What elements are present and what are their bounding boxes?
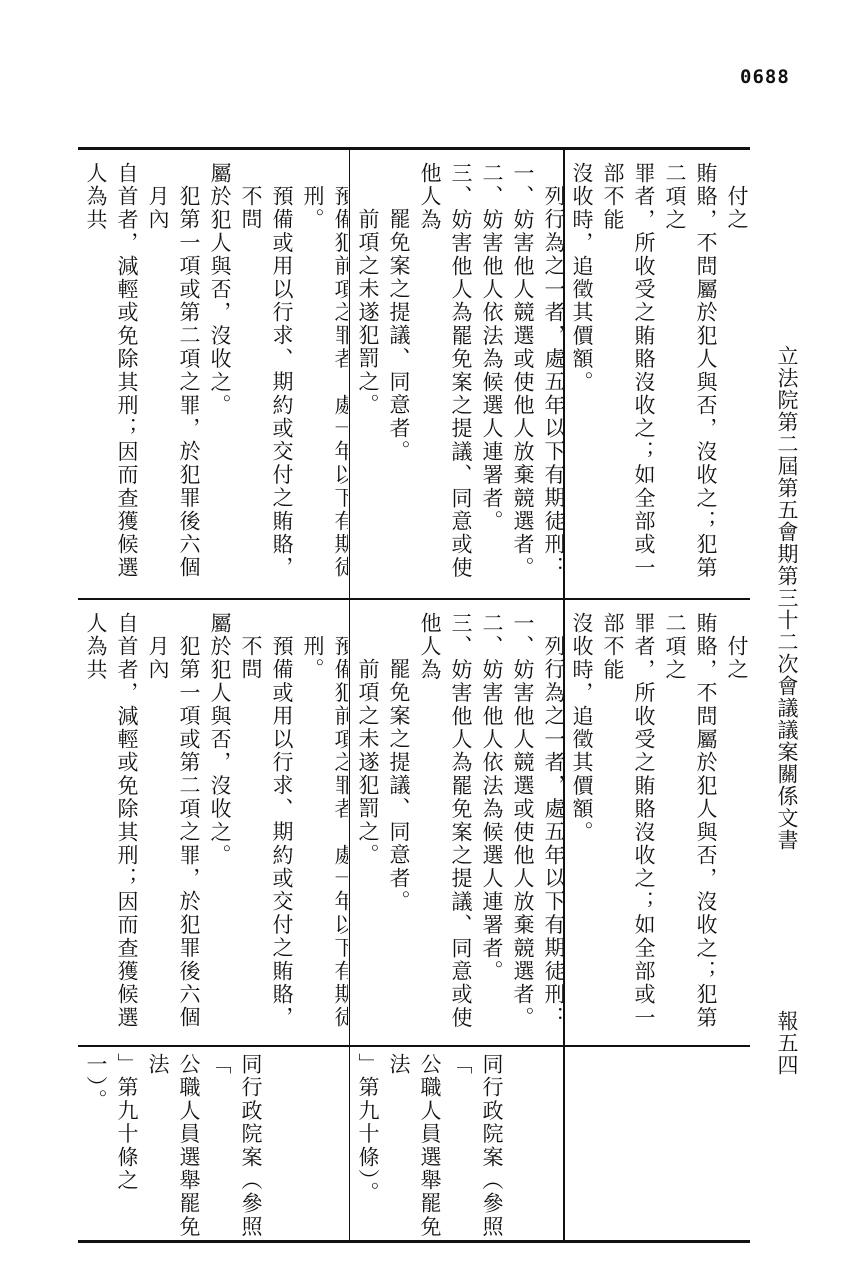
text-line: 列行為之一者，處五年以下有期徒刑： <box>538 162 563 598</box>
text-block: 第七十九條 以強暴、脅迫或其他非法之方法為左列行為之一者，處五年以下有期徒刑：一… <box>352 600 563 1045</box>
cell-row3-right <box>566 1047 750 1240</box>
text-line: 一、妨害他人競選或使他人放棄競選者。 <box>507 162 538 598</box>
text-block: 第七十七條 以強暴、脅迫或其他非法之方法為左列行為之一者，處五年以下有期徒刑：一… <box>352 150 563 598</box>
text-line: 前項之未遂犯罰之。 <box>352 612 383 1045</box>
text-line: 沒收時，追徵其價額。 <box>566 162 597 598</box>
text-block: 第七十八條 對於有投票權之人，行求、期約或交付賄賂或其他不正利益，而約其不行使投… <box>80 150 348 598</box>
text-block: 收受賄賂或其他不正利益，而許以放棄競選或為一定之競選活動者，亦同。犯第一項之罪者… <box>566 600 750 1045</box>
text-line: 預備犯前項之罪者，處一年以下有期徒刑。 <box>297 162 348 598</box>
text-line: 屬於犯人與否，沒收之。 <box>204 612 235 1045</box>
text-line: 」第九十條之一）。 <box>80 1053 142 1240</box>
text-line: 前項之未遂犯罰之。 <box>352 162 383 598</box>
text-line: 罷免案之提議、同意者。 <box>383 162 414 598</box>
text-line: 預備犯前項之罪者，處一年以下有期徒刑。 <box>297 612 348 1045</box>
running-head: 立法院第二屆第五會期第三十二次會議議案關係文書 <box>776 345 797 851</box>
text-line: 犯第一項之罪者，用以行求、期約或交付之 <box>721 162 750 598</box>
cell-row3-left: 同行政院案（參照「公職人員選舉罷免法」第九十條之一）。 <box>80 1047 348 1240</box>
cell-row1-middle: 第七十七條 以強暴、脅迫或其他非法之方法為左列行為之一者，處五年以下有期徒刑：一… <box>352 150 563 598</box>
cell-row1-right: 收受賄賂或其他不正利益，而許以放棄競選或為一定之競選活動者，亦同。犯第一項之罪者… <box>566 150 750 598</box>
text-line: 罪者，所收受之賄賂沒收之；如全部或一部不能 <box>597 612 659 1045</box>
text-line: 自首者，減輕或免除其刑；因而查獲候選人為共 <box>80 612 142 1045</box>
text-line: 犯第一項之罪者，用以行求、期約或交付之 <box>721 612 750 1045</box>
text-line: 屬於犯人與否，沒收之。 <box>204 162 235 598</box>
page-number: 0688 <box>740 66 790 88</box>
text-line: 同行政院案（參照「 <box>445 1053 507 1240</box>
text-line: 自首者，減輕或免除其刑；因而查獲候選人為共 <box>80 162 142 598</box>
cell-row1-left: 第七十八條 對於有投票權之人，行求、期約或交付賄賂或其他不正利益，而約其不行使投… <box>80 150 348 598</box>
text-line: 」第九十條）。 <box>352 1053 383 1240</box>
text-line: 二、妨害他人依法為候選人連署者。 <box>476 162 507 598</box>
cell-row2-left: 第八十條 對於有投票權之人，行求、期約或交付賄賂或其他不正利益，而約其不行使投票… <box>80 600 348 1045</box>
text-line: 三、妨害他人為罷免案之提議、同意或使他人為 <box>414 612 476 1045</box>
divider-right <box>563 150 565 1240</box>
text-line: 賄賂，不問屬於犯人與否，沒收之；犯第二項之 <box>659 612 721 1045</box>
folio: 報五四 <box>776 1010 797 1076</box>
cell-row2-right: 收受賄賂或其他不正利益，而許以放棄競選或為一定之競選活動者，亦同。犯第一項之罪者… <box>566 600 750 1045</box>
text-block: 第八十條 對於有投票權之人，行求、期約或交付賄賂或其他不正利益，而約其不行使投票… <box>80 600 348 1045</box>
text-line: 公職人員選舉罷免法 <box>142 1053 204 1240</box>
text-line: 一、妨害他人競選或使他人放棄競選者。 <box>507 612 538 1045</box>
text-line: 預備或用以行求、期約或交付之賄賂，不問 <box>235 162 297 598</box>
text-line: 賄賂，不問屬於犯人與否，沒收之；犯第二項之 <box>659 162 721 598</box>
cell-row3-middle: 同行政院案（參照「公職人員選舉罷免法」第九十條）。 <box>352 1047 563 1240</box>
text-line: 犯第一項或第二項之罪，於犯罪後六個月內 <box>142 162 204 598</box>
text-line: 犯第一項或第二項之罪，於犯罪後六個月內 <box>142 612 204 1045</box>
text-block: 同行政院案（參照「公職人員選舉罷免法」第九十條之一）。 <box>80 1047 266 1240</box>
divider-left <box>349 150 350 1240</box>
cell-row2-middle: 第七十九條 以強暴、脅迫或其他非法之方法為左列行為之一者，處五年以下有期徒刑：一… <box>352 600 563 1045</box>
text-line: 罷免案之提議、同意者。 <box>383 612 414 1045</box>
text-line: 沒收時，追徵其價額。 <box>566 612 597 1045</box>
text-block: 收受賄賂或其他不正利益，而許以放棄競選或為一定之競選活動者，亦同。犯第一項之罪者… <box>566 150 750 598</box>
text-line: 三、妨害他人為罷免案之提議、同意或使他人為 <box>414 162 476 598</box>
text-line: 二、妨害他人依法為候選人連署者。 <box>476 612 507 1045</box>
text-line: 罪者，所收受之賄賂沒收之；如全部或一部不能 <box>597 162 659 598</box>
rule-bottom <box>78 1240 750 1243</box>
text-line: 公職人員選舉罷免法 <box>383 1053 445 1240</box>
text-line: 預備或用以行求、期約或交付之賄賂，不問 <box>235 612 297 1045</box>
text-line: 同行政院案（參照「 <box>204 1053 266 1240</box>
text-line: 列行為之一者，處五年以下有期徒刑： <box>538 612 563 1045</box>
text-block: 同行政院案（參照「公職人員選舉罷免法」第九十條）。 <box>352 1047 507 1240</box>
